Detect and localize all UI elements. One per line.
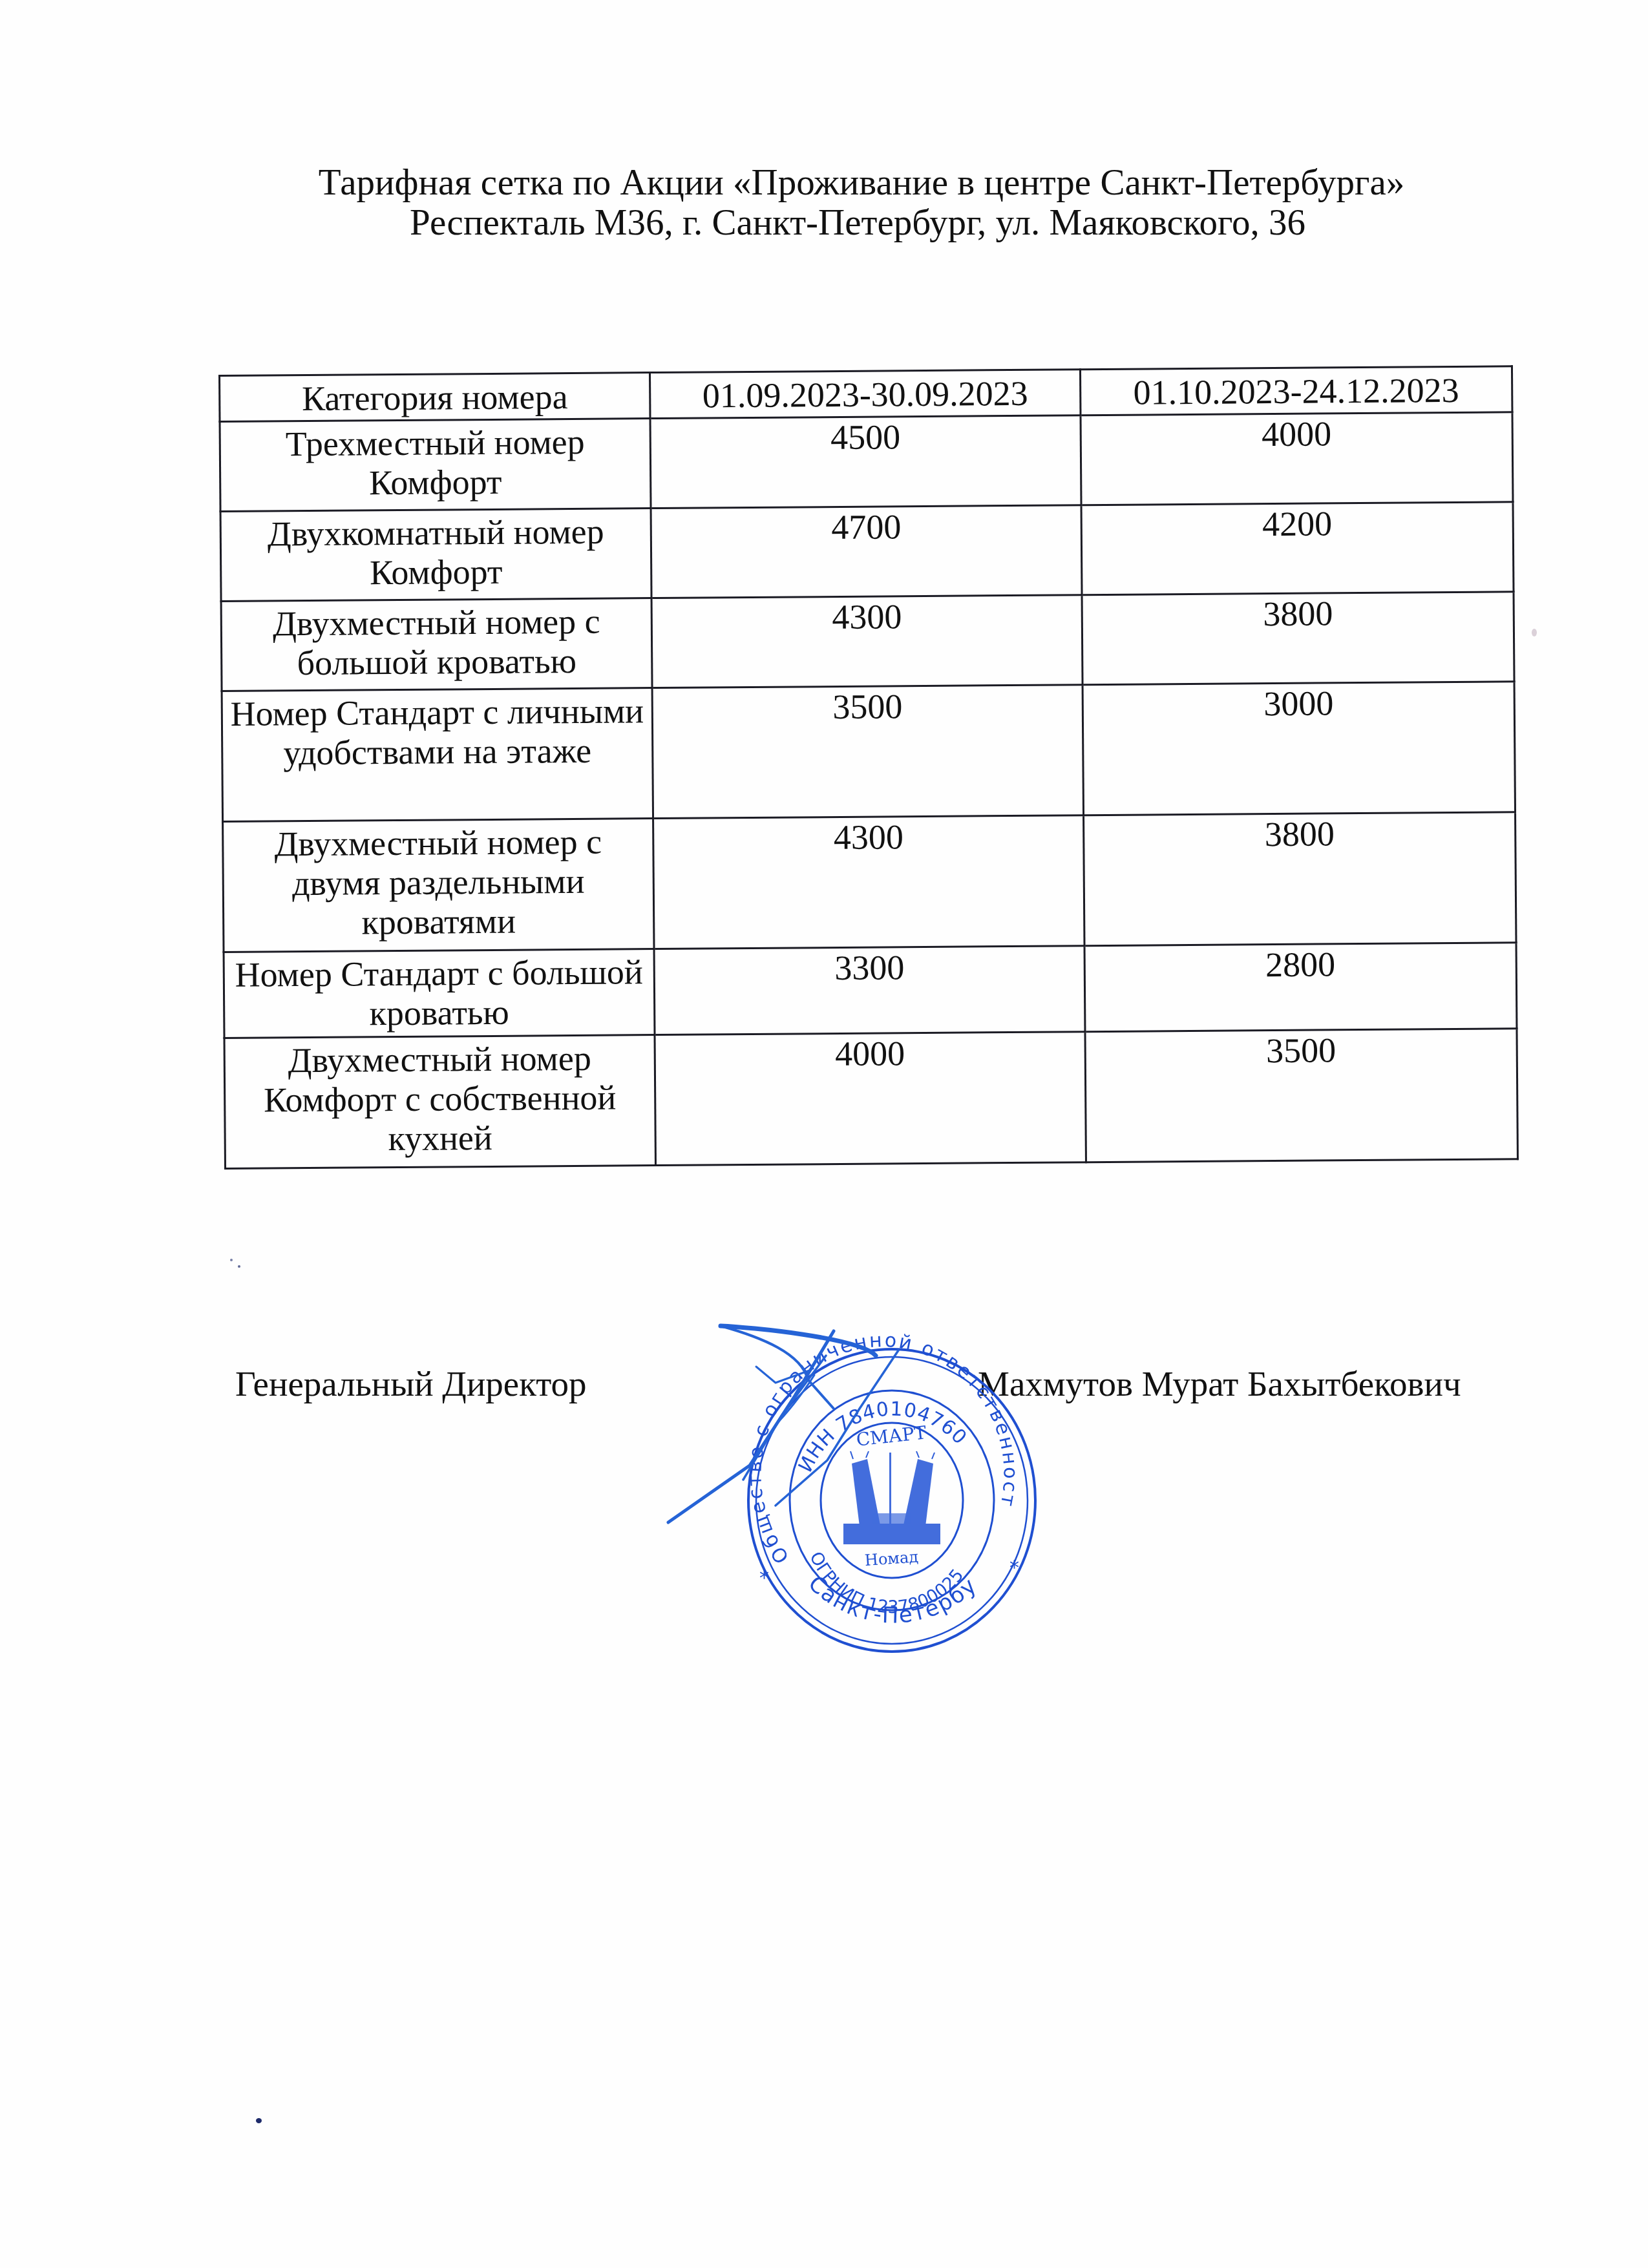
column-header-category: Категория номера	[220, 373, 651, 422]
room-category: Двухместный номер с двумя раздельными кр…	[223, 819, 654, 952]
table-row: Двухместный номер с большой кроватью 430…	[221, 592, 1514, 691]
signatory-role: Генеральный Директор	[235, 1363, 587, 1404]
title-line-1: Тарифная сетка по Акции «Проживание в це…	[37, 163, 1648, 203]
price-period-2: 3800	[1084, 812, 1516, 946]
table-row: Двухкомнатный номер Комфорт 4700 4200	[220, 502, 1514, 602]
table-row: Двухместный номер с двумя раздельными кр…	[223, 812, 1516, 952]
price-period-1: 3300	[654, 946, 1085, 1035]
price-period-1: 4300	[653, 815, 1084, 949]
price-period-1: 4000	[655, 1032, 1086, 1166]
svg-text:*: *	[759, 1567, 769, 1590]
table-row: Номер Стандарт с большой кроватью 3300 2…	[224, 943, 1517, 1038]
price-period-2: 4000	[1081, 412, 1513, 505]
price-period-1: 4700	[651, 505, 1082, 598]
room-category: Трехместный номер Комфорт	[220, 419, 651, 512]
table-row: Двухместный номер Комфорт с собственной …	[224, 1029, 1517, 1169]
table-row: Номер Стандарт с личными удобствами на э…	[222, 682, 1515, 822]
price-period-2: 2800	[1084, 943, 1517, 1032]
svg-text:*: *	[1009, 1557, 1019, 1579]
room-category: Двухкомнатный номер Комфорт	[220, 509, 651, 602]
table-row: Трехместный номер Комфорт 4500 4000	[220, 412, 1513, 512]
column-header-period-2: 01.10.2023-24.12.2023	[1080, 366, 1512, 415]
column-header-period-1: 01.09.2023-30.09.2023	[650, 370, 1081, 419]
room-category: Номер Стандарт с личными удобствами на э…	[222, 688, 653, 822]
price-period-1: 4500	[650, 415, 1081, 509]
scan-speck	[230, 1259, 233, 1261]
scan-speck	[238, 1265, 240, 1268]
price-period-2: 3800	[1082, 592, 1514, 685]
price-period-2: 4200	[1081, 502, 1514, 595]
stamp-brand: Номад	[864, 1548, 919, 1570]
price-period-2: 3000	[1083, 682, 1515, 815]
handwritten-signature-icon	[646, 1292, 969, 1551]
price-period-1: 4300	[651, 595, 1083, 688]
room-category: Номер Стандарт с большой кроватью	[224, 949, 655, 1038]
title-line-2: Респекталь М36, г. Санкт-Петербург, ул. …	[34, 203, 1648, 243]
price-period-2: 3500	[1085, 1029, 1517, 1162]
price-period-1: 3500	[652, 685, 1083, 819]
scan-speck	[1532, 629, 1537, 636]
tariff-table: Категория номера 01.09.2023-30.09.2023 0…	[218, 365, 1519, 1170]
room-category: Двухместный номер с большой кроватью	[221, 598, 652, 691]
document-page: Тарифная сетка по Акции «Проживание в це…	[0, 0, 1648, 2268]
scan-speck	[256, 2118, 262, 2123]
document-heading: Тарифная сетка по Акции «Проживание в це…	[37, 163, 1648, 243]
room-category: Двухместный номер Комфорт с собственной …	[224, 1035, 655, 1169]
